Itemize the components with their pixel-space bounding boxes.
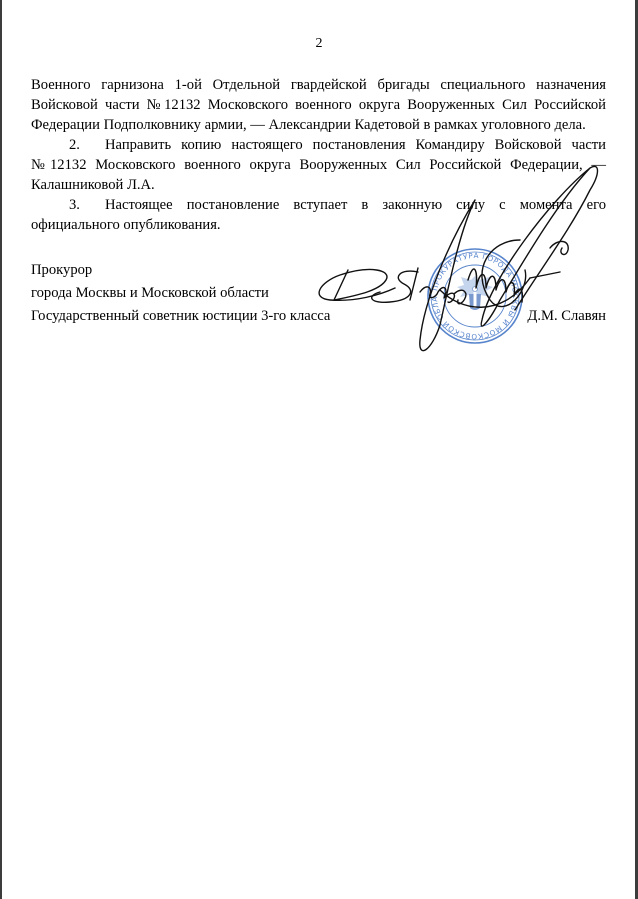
text-line: Военного гарнизона 1-ой Отдельной гварде…	[31, 75, 606, 95]
text-line: Войсковой части №12132 Московского военн…	[31, 95, 606, 115]
signer-title: Прокурор	[31, 262, 92, 278]
page-border-left	[0, 0, 2, 899]
text-line: 2.Направить копию настоящего постановлен…	[31, 135, 606, 155]
item-number: 2.	[69, 135, 105, 155]
page-number: 2	[0, 36, 638, 52]
handwritten-signature-icon	[300, 160, 620, 360]
signer-organization: города Москвы и Московской области	[31, 285, 269, 301]
paragraph-continuation: Военного гарнизона 1-ой Отдельной гварде…	[31, 75, 606, 135]
signer-rank: Государственный советник юстиции 3-го кл…	[31, 308, 330, 324]
item-number: 3.	[69, 195, 105, 215]
item-text: Направить копию настоящего постановления…	[105, 137, 606, 153]
text-line: Федерации Подполковнику армии, — Алексан…	[31, 115, 606, 135]
